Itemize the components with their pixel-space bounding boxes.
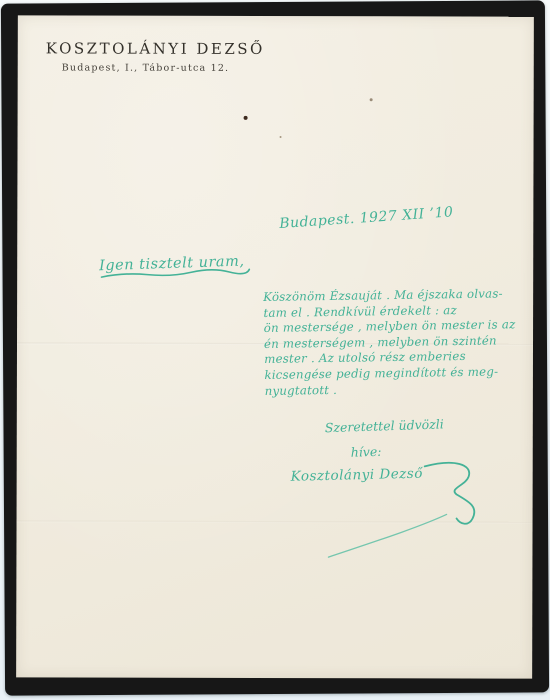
letter-paper: KOSZTOLÁNYI DEZSŐ Budapest, I., Tábor-ut… [16,15,534,678]
letterhead-address: Budapest, I., Tábor-utca 12. [62,62,230,73]
fold-crease-lower [17,520,533,523]
signature: Kosztolányi Dezső [290,466,423,485]
paper-speck [370,98,373,101]
body-line: nyugtatott . [265,380,525,399]
closing-line: Szeretettel üdvözli [325,416,444,435]
stray-ink-stroke [328,514,446,557]
signature-flourish [425,463,475,524]
closing-line-2: híve: [350,444,381,460]
letter-body: Köszönöm Ézsauját . Ma éjszaka olvas- ta… [263,286,525,399]
salutation-block: Igen tisztelt uram, [99,253,252,280]
date-line: Budapest. 1927 XII ’10 [279,204,454,232]
letterhead-name: KOSZTOLÁNYI DEZSŐ [46,39,265,58]
paper-speck [280,136,282,138]
ink-speck [244,116,248,120]
